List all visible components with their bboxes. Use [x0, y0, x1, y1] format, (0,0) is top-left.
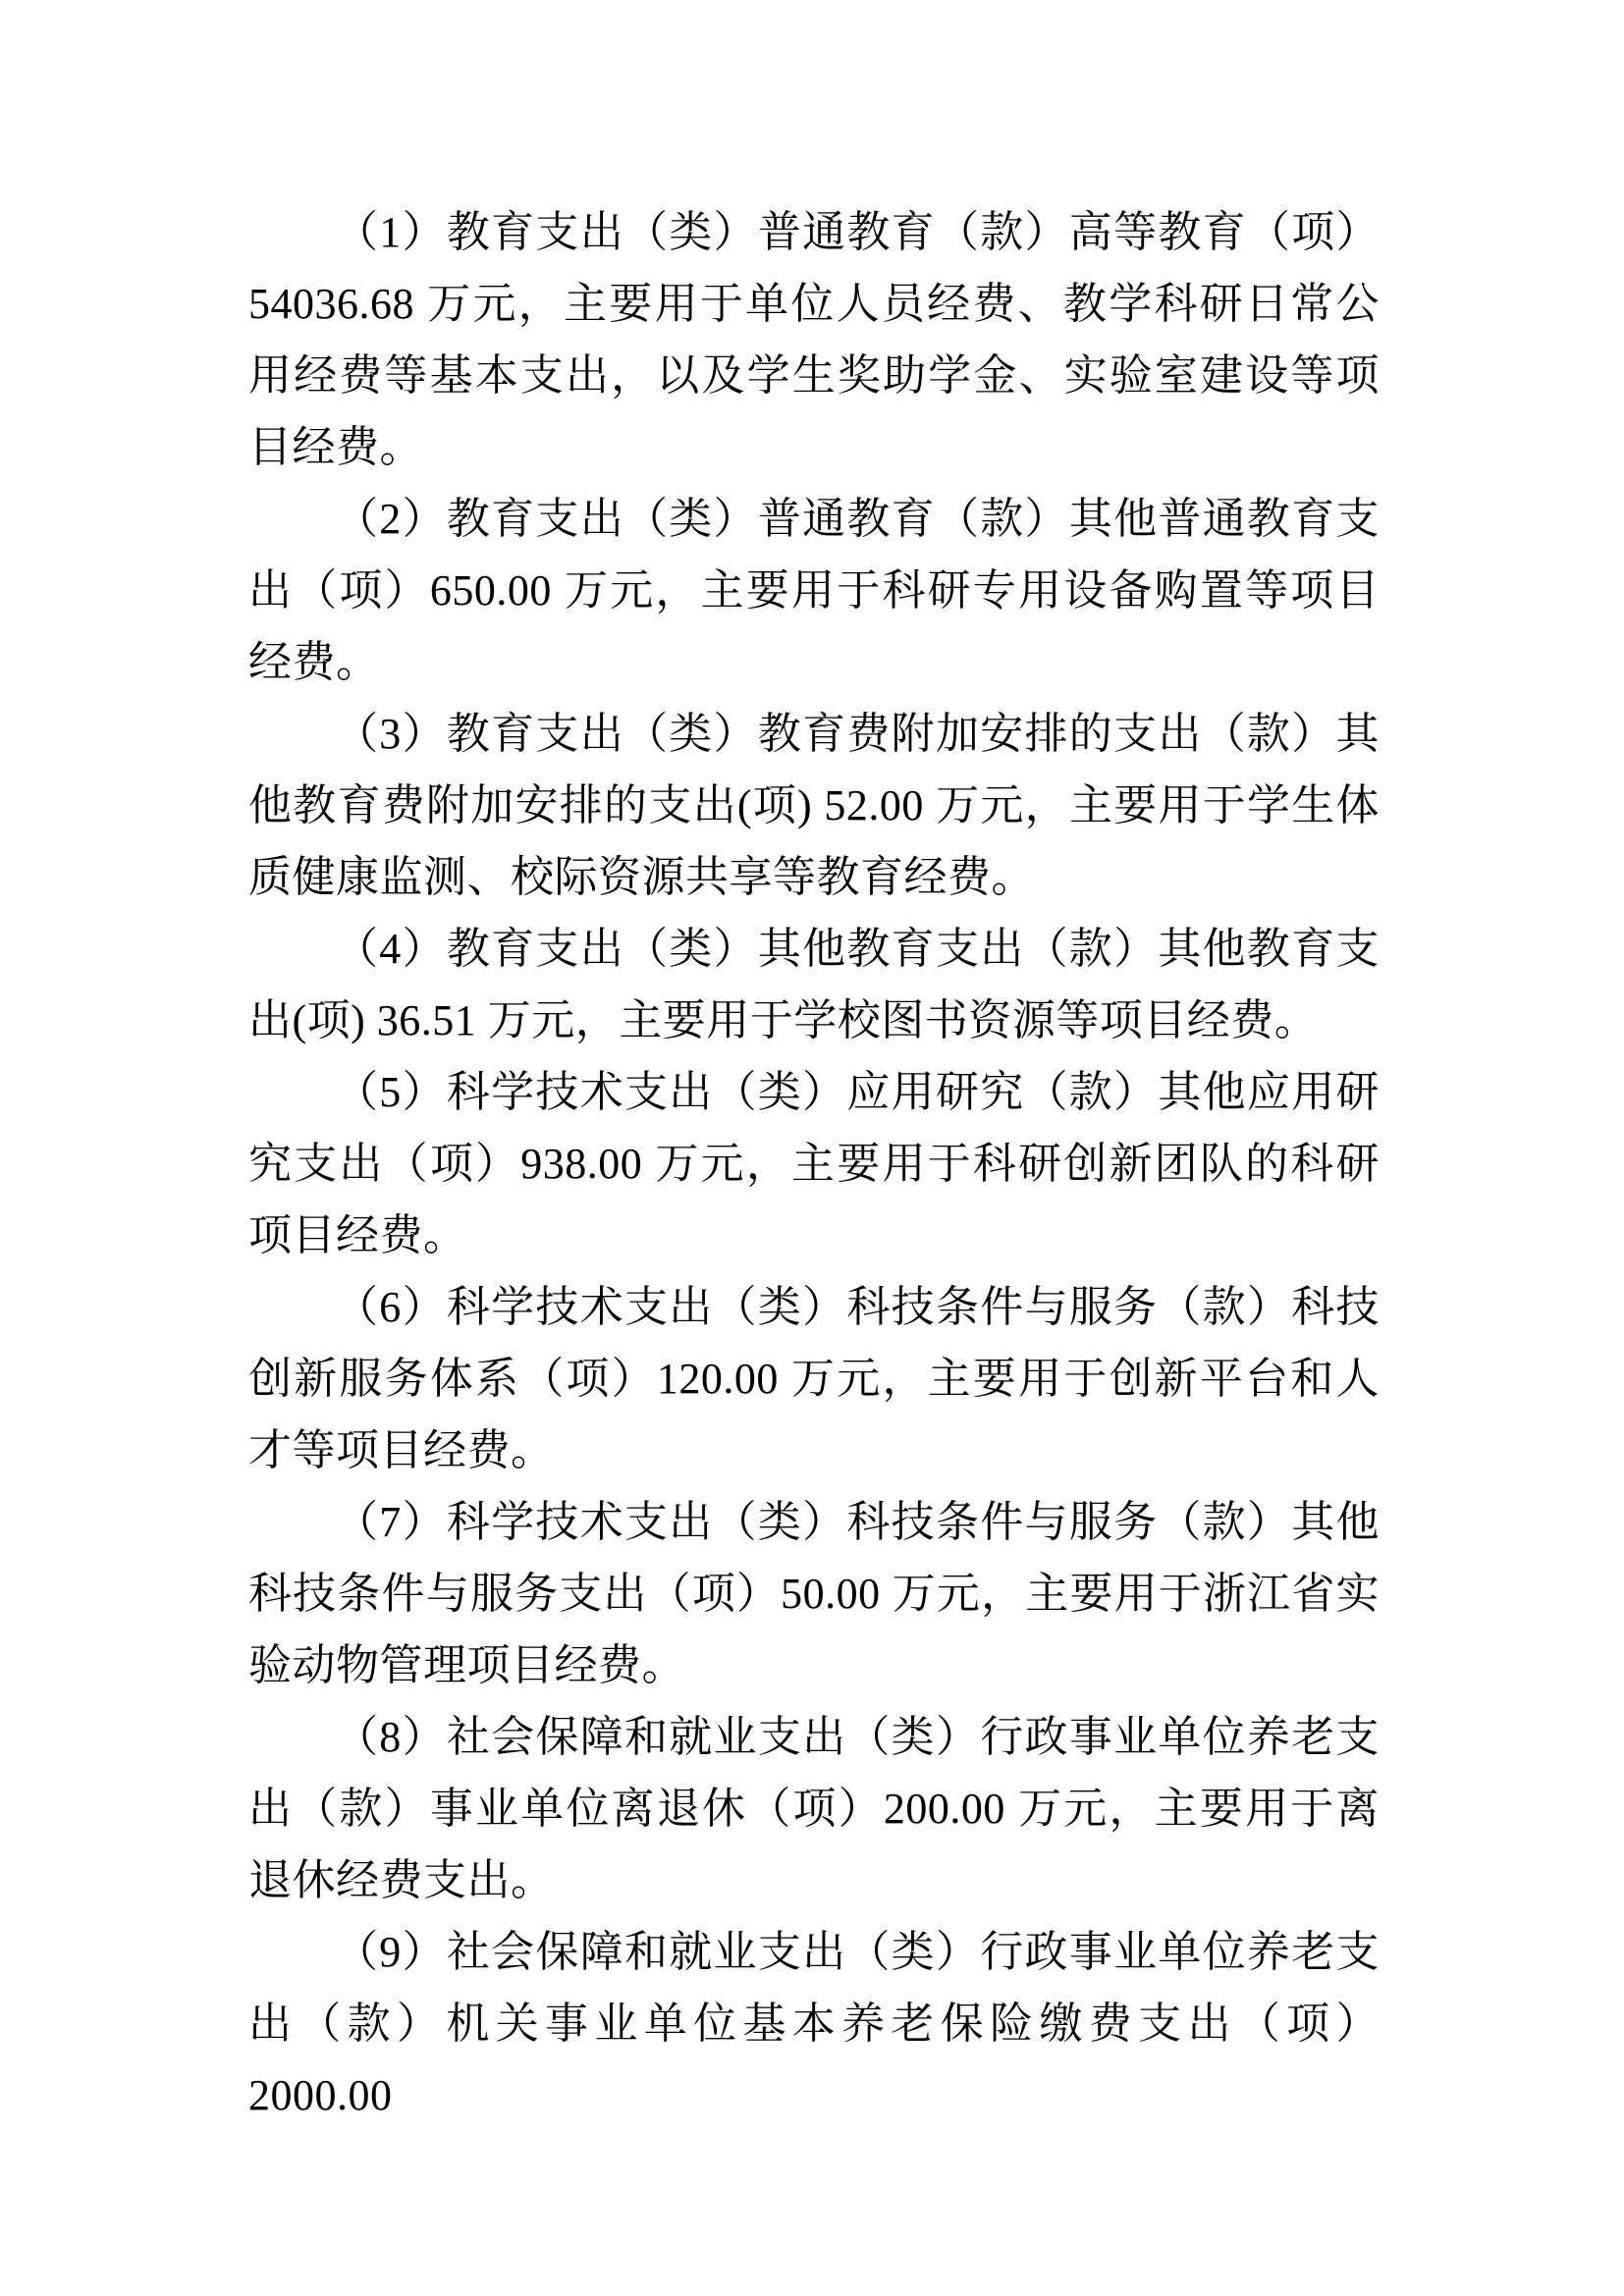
paragraph-6: （6）科学技术支出（类）科技条件与服务（款）科技创新服务体系（项）120.00 …	[248, 1271, 1380, 1486]
paragraph-5: （5）科学技术支出（类）应用研究（款）其他应用研究支出（项）938.00 万元，…	[248, 1056, 1380, 1271]
paragraph-8: （8）社会保障和就业支出（类）行政事业单位养老支出（款）事业单位离退休（项）20…	[248, 1701, 1380, 1916]
document-body: （1）教育支出（类）普通教育（款）高等教育（项）54036.68 万元，主要用于…	[248, 196, 1380, 2131]
paragraph-3: （3）教育支出（类）教育费附加安排的支出（款）其他教育费附加安排的支出(项) 5…	[248, 698, 1380, 913]
paragraph-1: （1）教育支出（类）普通教育（款）高等教育（项）54036.68 万元，主要用于…	[248, 196, 1380, 483]
document-page: （1）教育支出（类）普通教育（款）高等教育（项）54036.68 万元，主要用于…	[0, 0, 1624, 2296]
paragraph-4: （4）教育支出（类）其他教育支出（款）其他教育支出(项) 36.51 万元，主要…	[248, 913, 1380, 1056]
paragraph-2: （2）教育支出（类）普通教育（款）其他普通教育支出（项）650.00 万元，主要…	[248, 483, 1380, 698]
paragraph-9: （9）社会保障和就业支出（类）行政事业单位养老支出（款）机关事业单位基本养老保险…	[248, 1916, 1380, 2131]
paragraph-7: （7）科学技术支出（类）科技条件与服务（款）其他科技条件与服务支出（项）50.0…	[248, 1486, 1380, 1701]
